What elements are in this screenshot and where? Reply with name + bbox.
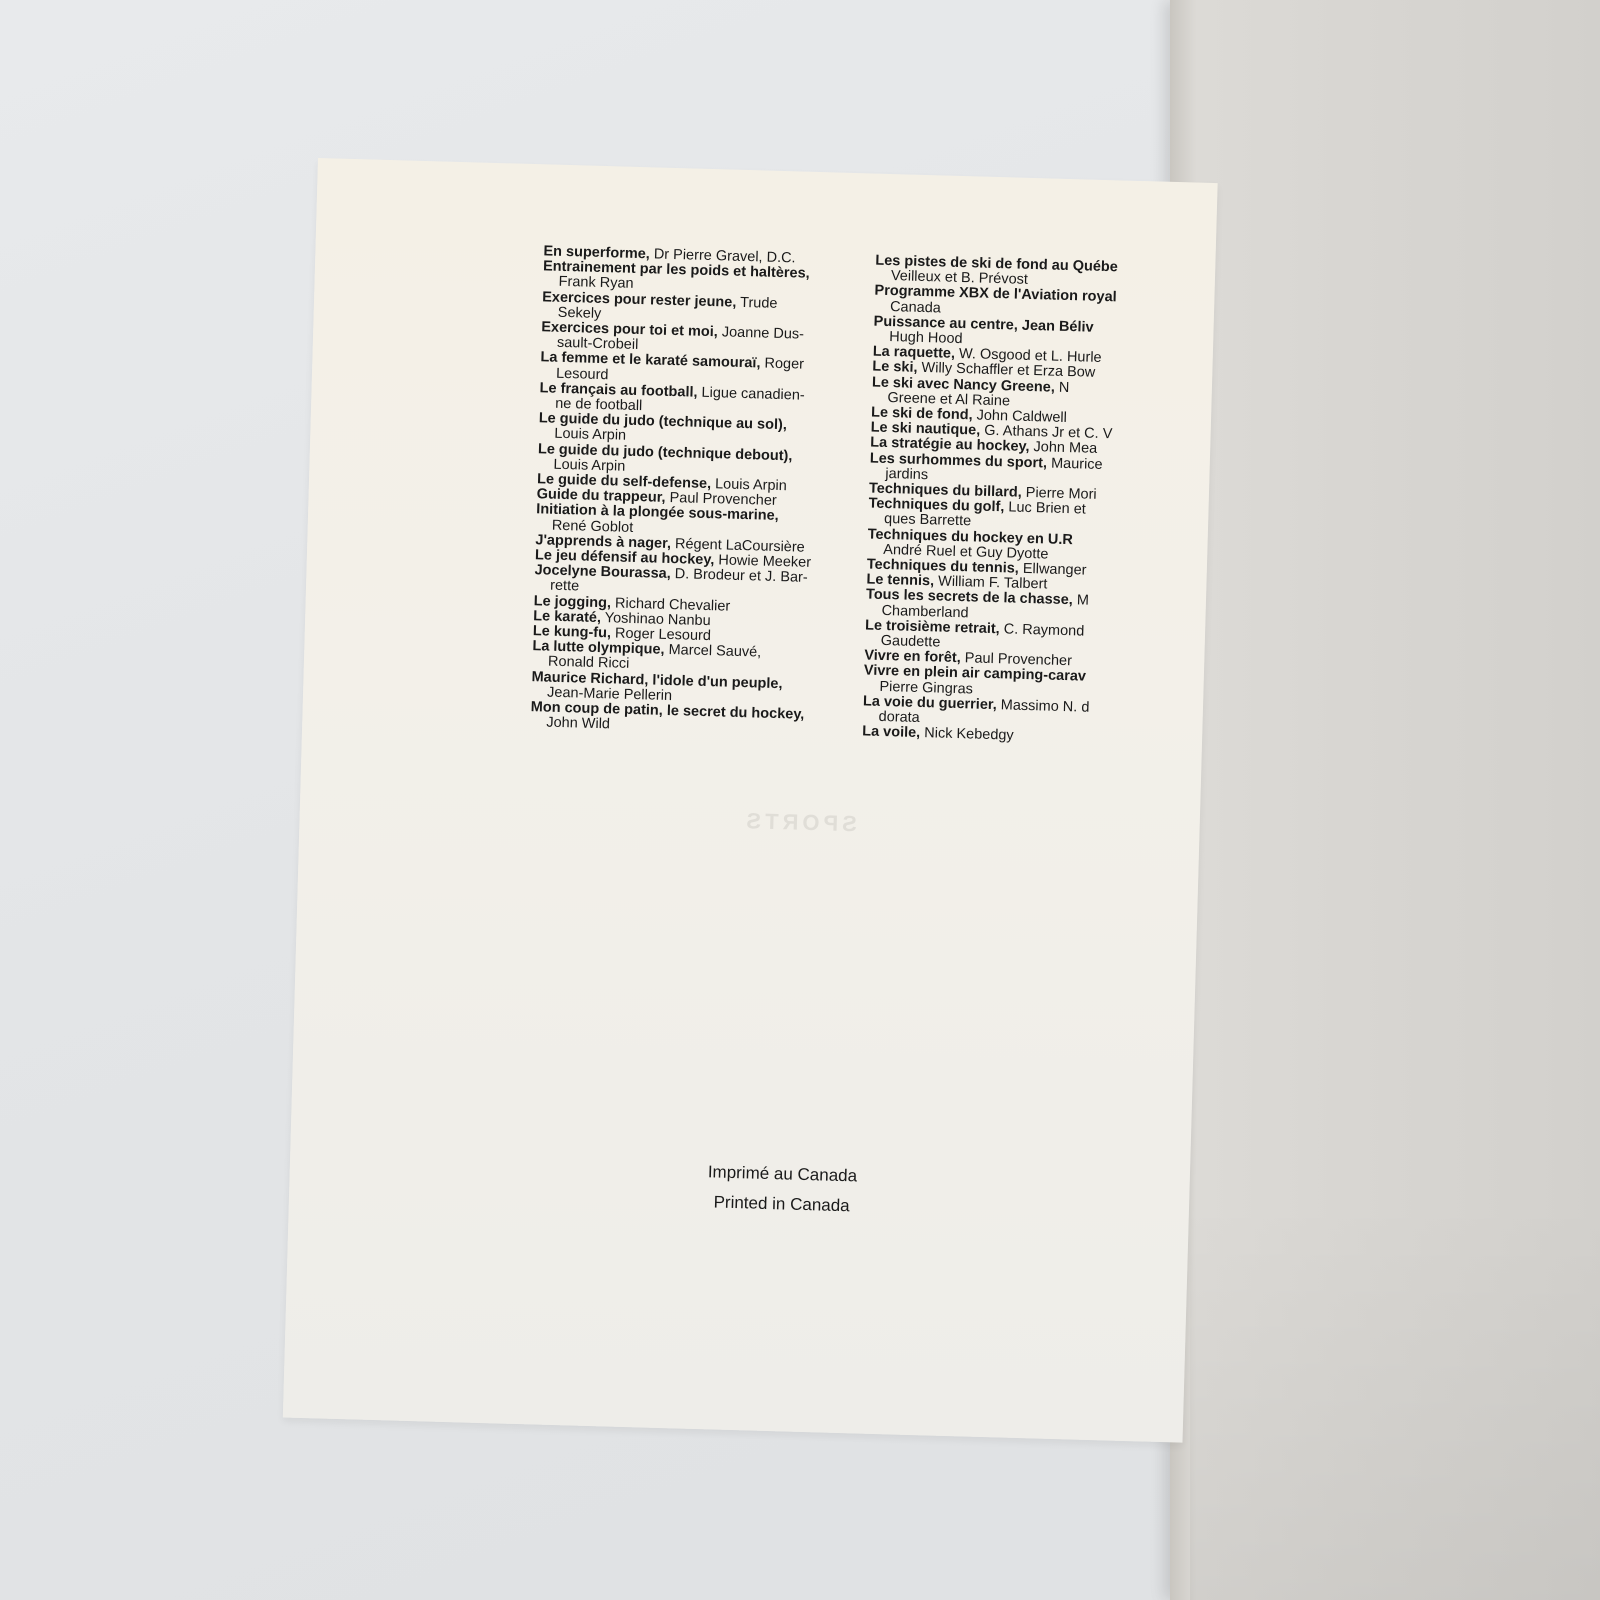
bleed-through-heading: SPORTS bbox=[439, 802, 1159, 844]
book-author: Trude bbox=[740, 294, 778, 311]
book-page: SPORTS En superforme, Dr Pierre Gravel, … bbox=[283, 158, 1218, 1443]
book-author: Luc Brien et bbox=[1008, 500, 1086, 518]
imprint-english: Printed in Canada bbox=[707, 1187, 857, 1221]
book-author: C. Raymond bbox=[1003, 621, 1084, 639]
book-author: Marcel Sauvé, bbox=[668, 642, 761, 661]
right-column: Les pistes de ski de fond au Québe Veill… bbox=[862, 254, 1175, 749]
imprint-french: Imprimé au Canada bbox=[707, 1157, 857, 1191]
book-author: Joanne Dus- bbox=[722, 324, 805, 342]
book-author: N bbox=[1059, 379, 1070, 395]
imprint: Imprimé au Canada Printed in Canada bbox=[707, 1157, 858, 1221]
book-author: Nick Kebedgy bbox=[924, 725, 1014, 743]
book-author: Roger bbox=[764, 356, 804, 373]
book-title: La voile, bbox=[862, 724, 920, 742]
page-shadow bbox=[1190, 1200, 1600, 1600]
book-author: M bbox=[1077, 593, 1090, 609]
book-author: Massimo N. d bbox=[1001, 697, 1090, 715]
left-column: En superforme, Dr Pierre Gravel, D.C.Ent… bbox=[530, 244, 883, 740]
book-author: Maurice bbox=[1051, 455, 1103, 472]
book-author: Ligue canadien- bbox=[701, 385, 805, 404]
